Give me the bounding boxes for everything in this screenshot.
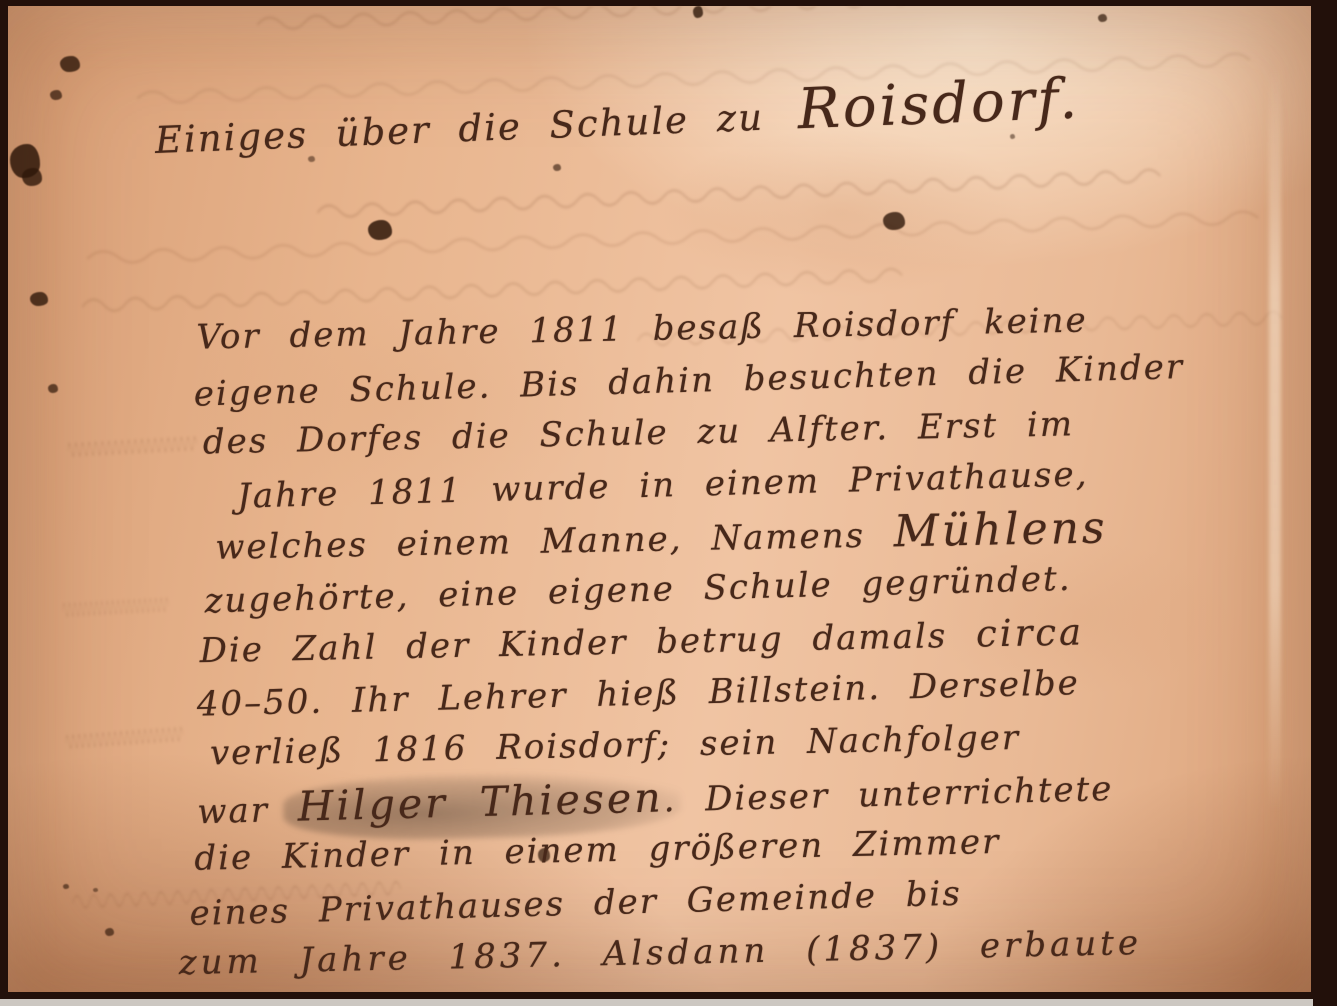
- ink-blot: [693, 6, 703, 18]
- ink-blot: [50, 90, 62, 100]
- line-7-latin-word: circa: [976, 610, 1085, 655]
- ink-blot: [105, 928, 114, 936]
- document-heading: Einiges über die Schule zuRoisdorf.: [154, 67, 1082, 167]
- ink-blot: [553, 164, 561, 171]
- highlighted-name: Hilger Thiesen: [297, 773, 664, 830]
- line-5-name: Mühlens: [893, 502, 1108, 557]
- ink-blot: [368, 220, 392, 240]
- ink-blot: [60, 56, 80, 72]
- document-photo: Einiges über die Schule zuRoisdorf. Vor …: [0, 0, 1337, 1006]
- ink-blot: [883, 212, 905, 230]
- ink-blot: [1010, 134, 1015, 139]
- line-10-post: . Dieser unterrichtete: [663, 769, 1114, 820]
- ink-blot: [63, 884, 69, 889]
- ink-blot: [1098, 14, 1107, 22]
- manuscript-page: Einiges über die Schule zuRoisdorf. Vor …: [8, 6, 1311, 992]
- heading-lead: Einiges über die Schule zu: [154, 96, 765, 162]
- ink-blot: [22, 168, 42, 186]
- heading-emphasis: Roisdorf.: [796, 67, 1081, 143]
- manuscript-body: Vor dem Jahre 1811 besaß Roisdorf keine …: [178, 288, 1337, 990]
- ink-blot: [48, 384, 58, 393]
- ink-blot: [93, 888, 98, 892]
- scan-strip: [0, 999, 1313, 1006]
- ink-blot: [30, 292, 48, 306]
